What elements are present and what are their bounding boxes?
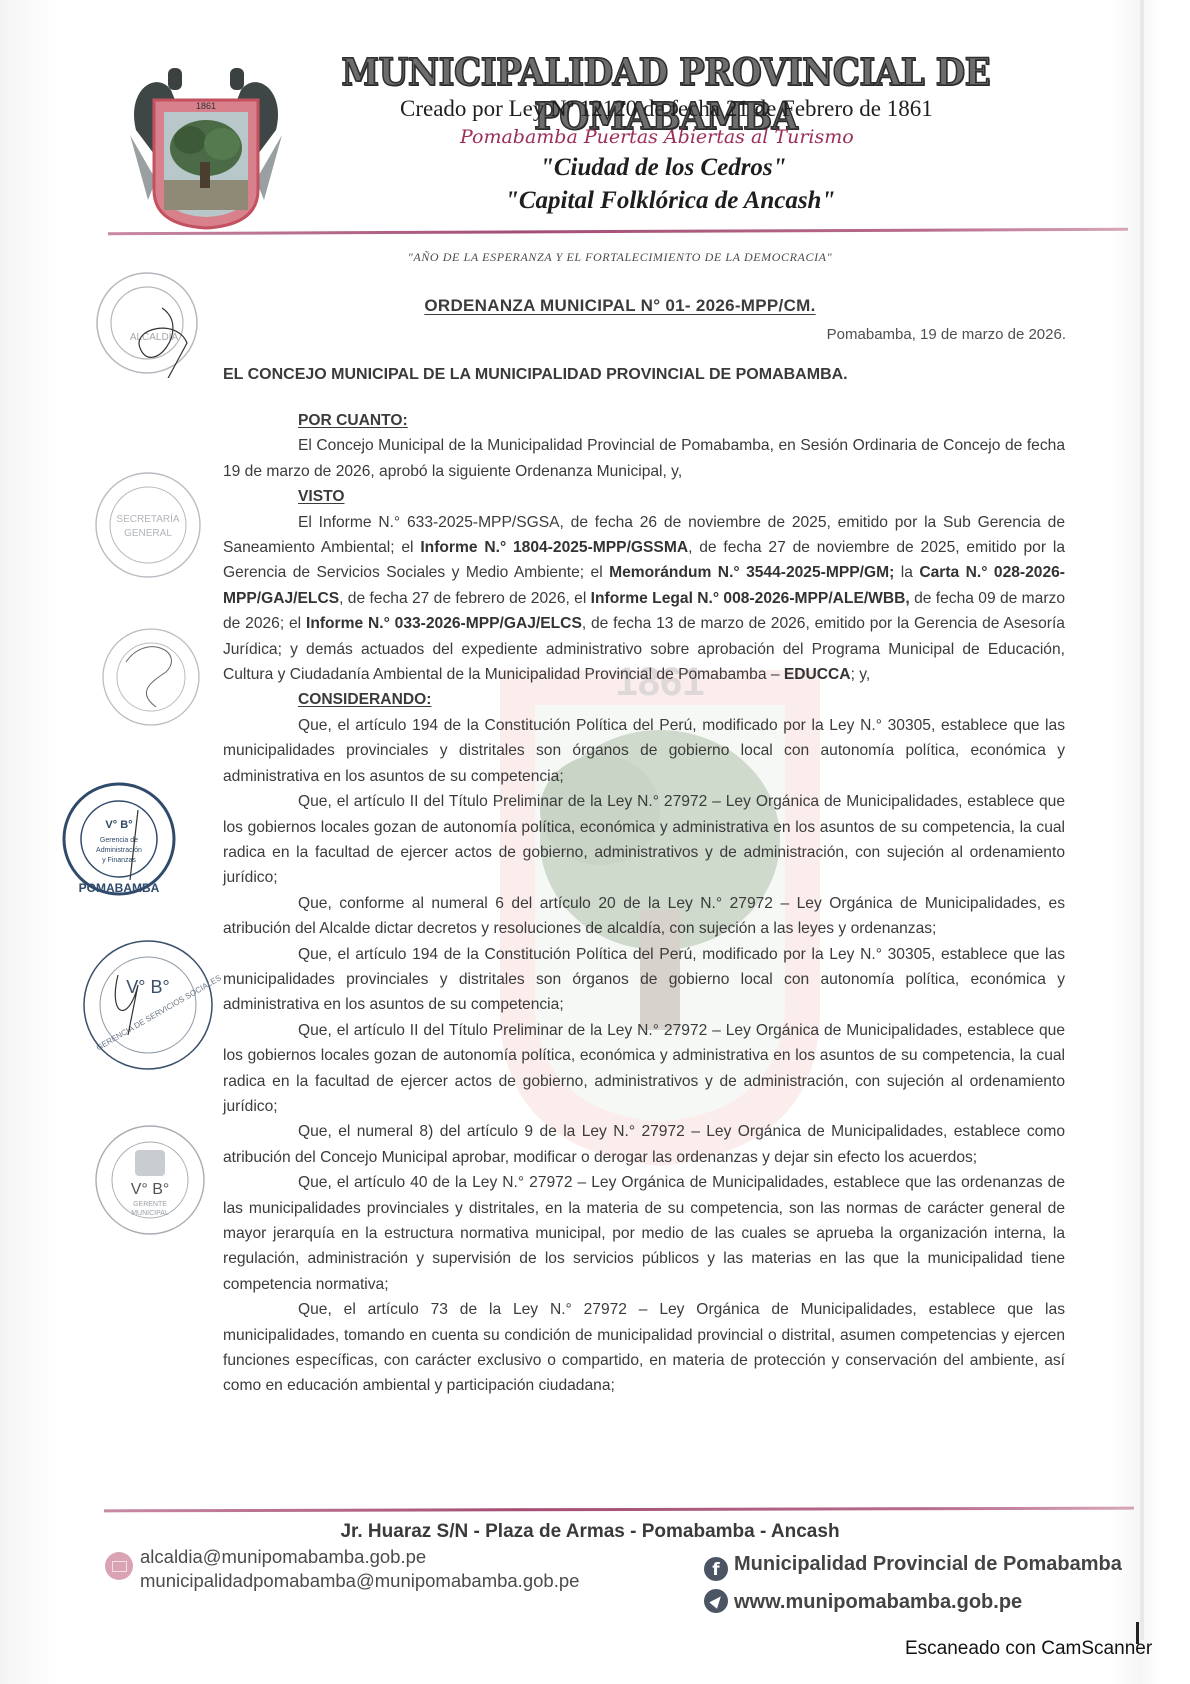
section-heading-visto: VISTO: [223, 484, 1065, 509]
svg-text:ALCALDÍA: ALCALDÍA: [130, 330, 179, 343]
folklore-motto: "Capital Folklórica de Ancash": [505, 187, 925, 215]
creation-law-line: Creado por Ley Nº 12120 de fecha 21 de F…: [400, 96, 1000, 122]
considerando-paragraphs: Que, el artículo 194 de la Constitución …: [223, 713, 1065, 1399]
svg-text:Administración: Administración: [96, 847, 142, 854]
svg-text:V° B°: V° B°: [105, 819, 132, 831]
svg-text:GERENTE: GERENTE: [133, 1201, 167, 1208]
footer-divider: [104, 1507, 1134, 1513]
ordinance-title: ORDENANZA MUNICIPAL N° 01- 2026-MPP/CM.: [300, 296, 940, 316]
considerando-paragraph: Que, el artículo II del Título Prelimina…: [223, 1018, 1065, 1120]
considerando-paragraph: Que, el artículo II del Título Prelimina…: [223, 789, 1065, 891]
svg-text:1861: 1861: [196, 101, 216, 111]
svg-text:V° B°: V° B°: [126, 977, 169, 997]
document-reference: Informe N.° 1804-2025-MPP/GSSMA: [420, 539, 688, 556]
document-reference: Memorándum N.° 3544-2025-MPP/GM;: [609, 564, 894, 581]
section-heading-considerando: CONSIDERANDO:: [223, 687, 1065, 712]
issuing-body: EL CONCEJO MUNICIPAL DE LA MUNICIPALIDAD…: [223, 366, 1083, 384]
facebook-link[interactable]: fMunicipalidad Provincial de Pomabamba: [704, 1545, 1122, 1583]
section-heading-por-cuanto: POR CUANTO:: [223, 408, 1065, 433]
website-link[interactable]: www.munipomabamba.gob.pe: [704, 1583, 1122, 1621]
institution-name: MUNICIPALIDAD PROVINCIAL DE POMABAMBA: [330, 50, 1002, 138]
page-edge: [1140, 0, 1144, 1640]
svg-text:SECRETARÍA: SECRETARÍA: [116, 512, 179, 525]
stamp-gerencia-administracion: V° B° Gerencia de Administración y Finan…: [60, 780, 178, 898]
envelope-icon: [105, 1552, 133, 1580]
stamp-alcaldia: ALCALDÍA: [92, 268, 202, 378]
send-icon: [704, 1589, 728, 1613]
stamp-gerente-municipal: V° B° GERENTE MUNICIPAL: [90, 1120, 210, 1240]
svg-text:V° B°: V° B°: [131, 1181, 170, 1198]
svg-text:GERENCIA DE SERVICIOS SOCIALES: GERENCIA DE SERVICIOS SOCIALES: [95, 973, 223, 1052]
considerando-paragraph: Que, el numeral 8) del artículo 9 de la …: [223, 1119, 1065, 1170]
svg-text:Gerencia de: Gerencia de: [100, 837, 138, 844]
email-alcaldia-link[interactable]: alcaldia@munipomabamba.gob.pe: [140, 1545, 579, 1569]
document-reference: Informe N.° 033-2026-MPP/GAJ/ELCS: [306, 615, 582, 632]
document-reference: Informe Legal N.° 008-2026-MPP/ALE/WBB,: [591, 590, 910, 607]
footer-address: Jr. Huaraz S/N - Plaza de Armas - Pomaba…: [290, 1521, 890, 1543]
considerando-paragraph: Que, el artículo 194 de la Constitución …: [223, 942, 1065, 1018]
considerando-paragraph: Que, el artículo 194 de la Constitución …: [223, 713, 1065, 789]
city-motto: "Ciudad de los Cedros": [540, 154, 900, 182]
camscanner-watermark: Escaneado con CamScanner: [905, 1638, 1185, 1660]
year-name: "AÑO DE LA ESPERANZA Y EL FORTALECIMIENT…: [300, 250, 940, 265]
tourism-slogan: Pomabamba Puertas Abiertas al Turismo: [460, 126, 960, 148]
considerando-paragraph: Que, el artículo 73 de la Ley N.° 27972 …: [223, 1297, 1065, 1399]
footer-social: fMunicipalidad Provincial de Pomabamba w…: [704, 1545, 1122, 1621]
facebook-icon: f: [704, 1557, 728, 1581]
stamp-secretaria-general: SECRETARÍA GENERAL: [88, 470, 208, 580]
por-cuanto-text: El Concejo Municipal de la Municipalidad…: [223, 433, 1065, 484]
ordinance-body: POR CUANTO: El Concejo Municipal de la M…: [223, 408, 1065, 1399]
email-municipalidad-link[interactable]: municipalidadpomabamba@munipomabamba.gob…: [140, 1569, 579, 1593]
considerando-paragraph: Que, conforme al numeral 6 del artículo …: [223, 891, 1065, 942]
svg-text:POMABAMBA: POMABAMBA: [79, 881, 160, 895]
considerando-paragraph: Que, el artículo 40 de la Ley N.° 27972 …: [223, 1170, 1065, 1297]
place-date: Pomabamba, 19 de marzo de 2026.: [700, 326, 1066, 343]
document-page: 1861 MUNICIPALIDAD PROVINCIAL DE POMABAM…: [0, 0, 1190, 1684]
visto-text: El Informe N.° 633-2025-MPP/SGSA, de fec…: [223, 510, 1065, 688]
svg-text:MUNICIPAL: MUNICIPAL: [131, 1210, 169, 1217]
stamp-gerencia-servicios-sociales: V° B° GERENCIA DE SERVICIOS SOCIALES: [68, 935, 228, 1075]
municipal-crest-logo: 1861: [126, 60, 286, 230]
stamp-asesoria-juridica: [96, 622, 206, 732]
svg-text:GENERAL: GENERAL: [124, 528, 172, 539]
footer-emails: alcaldia@munipomabamba.gob.pe municipali…: [140, 1545, 579, 1593]
svg-text:y Finanzas: y Finanzas: [102, 857, 136, 864]
document-reference: EDUCCA: [784, 666, 851, 683]
